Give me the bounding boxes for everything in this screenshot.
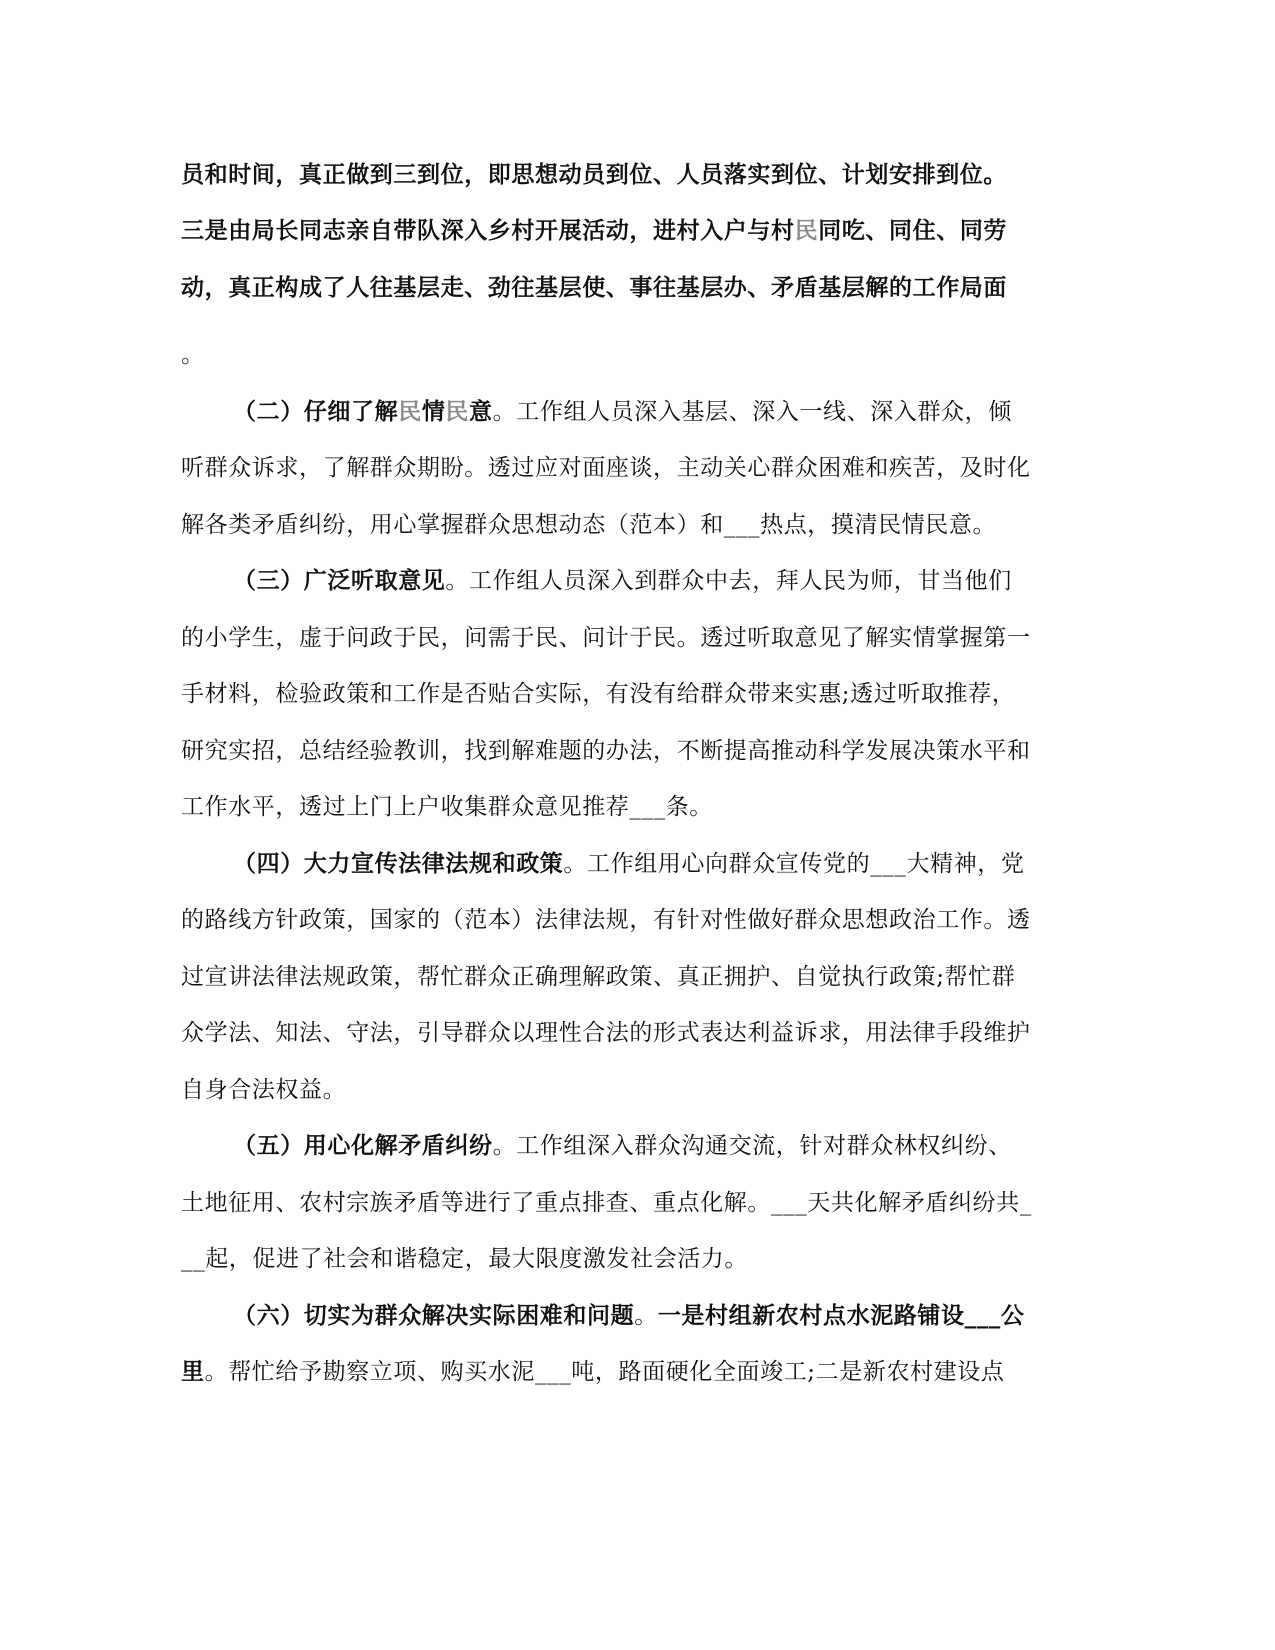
text-line: （二）仔细了解民情民意。工作组人员深入基层、深入一线、深入群众，倾 [181, 397, 1012, 427]
text-line: 众学法、知法、守法，引导群众以理性合法的形式表达利益诉求，用法律手段维护 [181, 1018, 1031, 1048]
bold-text-segment: （三）广泛听取意见 [233, 568, 445, 594]
text-line: （五）用心化解矛盾纠纷。工作组深入群众沟通交流，针对群众林权纠纷、 [181, 1131, 1012, 1161]
text-line: 的路线方针政策，国家的（范本）法律法规，有针对性做好群众思想政治工作。透 [181, 905, 1031, 935]
bold-text-segment: 意 [469, 399, 493, 425]
text-line: 研究实招，总结经验教训，找到解难题的办法，不断提高推动科学发展决策水平和 [181, 736, 1031, 766]
text-segment: __起，促进了社会和谐稳定，最大限度激发社会活力。 [181, 1246, 748, 1272]
bold-text-segment: 同吃、同住、同劳 [818, 218, 1007, 244]
text-line: 手材料，检验政策和工作是否贴合实际，有没有给群众带来实惠;透过听取推荐， [181, 679, 1015, 709]
text-segment: 过宣讲法律法规政策，帮忙群众正确理解政策、真正拥护、自觉执行政策;帮忙群 [181, 964, 1015, 990]
text-line: 。 [181, 340, 205, 370]
text-segment: 工作水平，透过上门上户收集群众意见推荐___条。 [181, 794, 713, 820]
text-segment: 。工作组深入群众沟通交流，针对群众林权纠纷、 [493, 1133, 1012, 1159]
bold-text-segment: （二）仔细了解 [233, 399, 398, 425]
bold-text-segment: 民 [398, 399, 422, 425]
text-line: 解各类矛盾纠纷，用心掌握群众思想动态（范本）和___热点，摸清民情民意。 [181, 510, 996, 540]
text-line: 的小学生，虚于问政于民，问需于民、问计于民。透过听取意见了解实情掌握第一 [181, 623, 1031, 653]
bold-text-segment: （六）切实为群众解决实际困难和问题 [233, 1303, 634, 1329]
bold-text-segment: 员和时间，真正做到三到位，即思想动员到位、人员落实到位、计划安排到位。 [181, 162, 1007, 188]
text-line: （三）广泛听取意见。工作组人员深入到群众中去，拜人民为师，甘当他们 [181, 566, 1012, 596]
bold-text-segment: 民 [795, 218, 819, 244]
text-segment: 解各类矛盾纠纷，用心掌握群众思想动态（范本）和___热点，摸清民情民意。 [181, 512, 996, 538]
text-segment: 众学法、知法、守法，引导群众以理性合法的形式表达利益诉求，用法律手段维护 [181, 1020, 1031, 1046]
text-segment: 。 [181, 342, 205, 368]
text-line: （六）切实为群众解决实际困难和问题。一是村组新农村点水泥路铺设___公 [181, 1301, 1025, 1331]
text-line: 自身合法权益。 [181, 1075, 346, 1105]
text-line: 里。帮忙给予勘察立项、购买水泥___吨，路面硬化全面竣工;二是新农村建设点 [181, 1357, 1004, 1387]
bold-text-segment: （四）大力宣传法律法规和政策 [233, 851, 563, 877]
text-line: 三是由局长同志亲自带队深入乡村开展活动，进村入户与村民同吃、同住、同劳 [181, 216, 1007, 246]
text-line: 工作水平，透过上门上户收集群众意见推荐___条。 [181, 792, 713, 822]
bold-text-segment: 里 [181, 1359, 205, 1385]
bold-text-segment: 三是由局长同志亲自带队深入乡村开展活动，进村入户与村 [181, 218, 795, 244]
text-line: __起，促进了社会和谐稳定，最大限度激发社会活力。 [181, 1244, 748, 1274]
text-segment: 研究实招，总结经验教训，找到解难题的办法，不断提高推动科学发展决策水平和 [181, 738, 1031, 764]
bold-text-segment: 动，真正构成了人往基层走、劲往基层使、事往基层办、矛盾基层解的工作局面 [181, 275, 1007, 301]
text-segment: 。 [634, 1303, 658, 1329]
bold-text-segment: 民 [445, 399, 469, 425]
text-line: 员和时间，真正做到三到位，即思想动员到位、人员落实到位、计划安排到位。 [181, 160, 1007, 190]
text-segment: 土地征用、农村宗族矛盾等进行了重点排查、重点化解。___天共化解矛盾纠纷共_ [181, 1190, 1032, 1216]
text-segment: 的路线方针政策，国家的（范本）法律法规，有针对性做好群众思想政治工作。透 [181, 907, 1031, 933]
bold-text-segment: 情 [422, 399, 446, 425]
text-segment: 的小学生，虚于问政于民，问需于民、问计于民。透过听取意见了解实情掌握第一 [181, 625, 1031, 651]
text-segment: 。工作组用心向群众宣传党的___大精神，党 [563, 851, 1024, 877]
text-segment: 。帮忙给予勘察立项、购买水泥___吨，路面硬化全面竣工;二是新农村建设点 [205, 1359, 1005, 1385]
bold-text-segment: 一是村组新农村点水泥路铺设___公 [658, 1303, 1025, 1329]
text-segment: 。工作组人员深入基层、深入一线、深入群众，倾 [493, 399, 1012, 425]
text-line: 动，真正构成了人往基层走、劲往基层使、事往基层办、矛盾基层解的工作局面 [181, 273, 1007, 303]
text-segment: 自身合法权益。 [181, 1077, 346, 1103]
text-segment: 听群众诉求，了解群众期盼。透过应对面座谈，主动关心群众困难和疾苦，及时化 [181, 455, 1031, 481]
text-line: 土地征用、农村宗族矛盾等进行了重点排查、重点化解。___天共化解矛盾纠纷共_ [181, 1188, 1032, 1218]
text-segment: 。工作组人员深入到群众中去，拜人民为师，甘当他们 [445, 568, 1011, 594]
text-segment: 手材料，检验政策和工作是否贴合实际，有没有给群众带来实惠;透过听取推荐， [181, 681, 1015, 707]
text-line: 听群众诉求，了解群众期盼。透过应对面座谈，主动关心群众困难和疾苦，及时化 [181, 453, 1031, 483]
text-line: （四）大力宣传法律法规和政策。工作组用心向群众宣传党的___大精神，党 [181, 849, 1025, 879]
text-line: 过宣讲法律法规政策，帮忙群众正确理解政策、真正拥护、自觉执行政策;帮忙群 [181, 962, 1015, 992]
bold-text-segment: （五）用心化解矛盾纠纷 [233, 1133, 493, 1159]
